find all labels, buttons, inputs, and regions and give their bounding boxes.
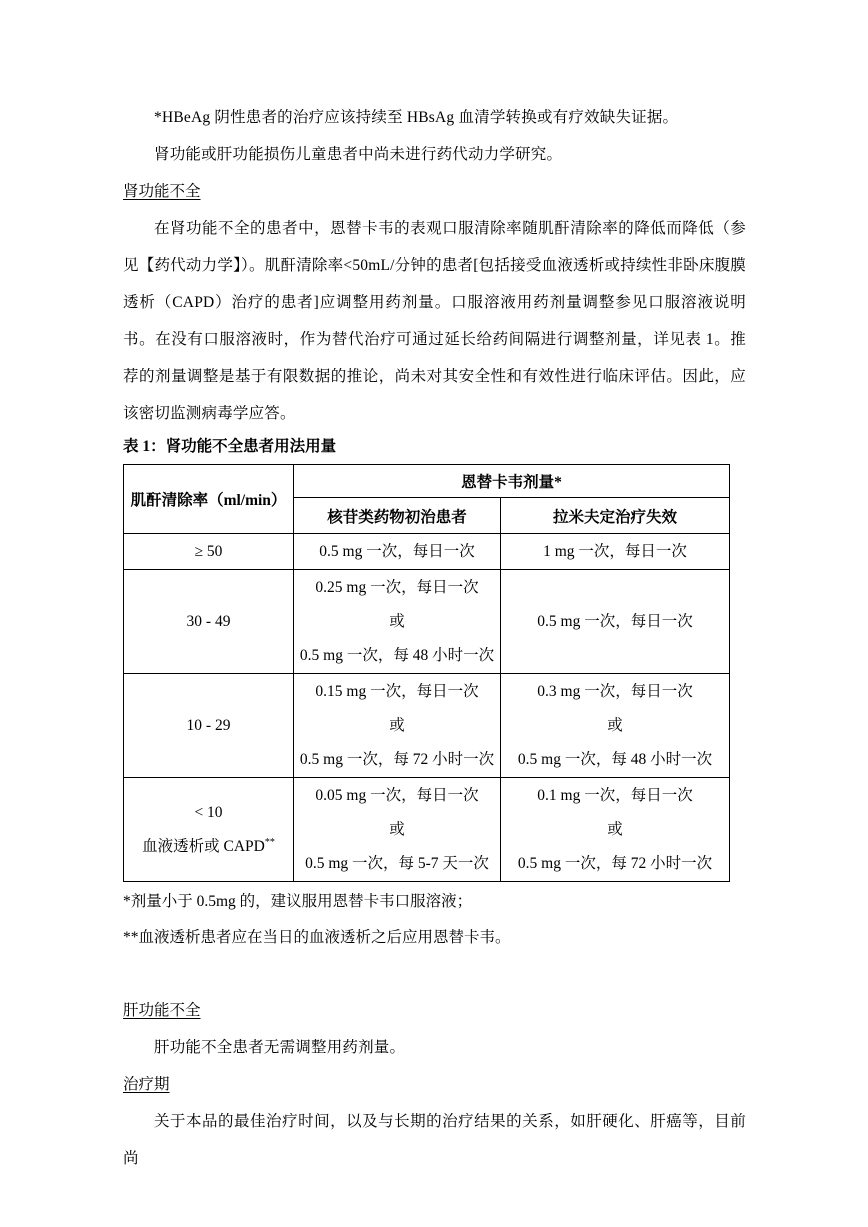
dosage-table-body: ≥ 500.5 mg 一次，每日一次1 mg 一次，每日一次30 - 490.2… — [124, 534, 730, 882]
creatinine-clearance-cell: ≥ 50 — [124, 534, 294, 570]
hepatic-impairment-heading-text: 肝功能不全 — [123, 1002, 201, 1019]
creatinine-clearance-cell: 10 - 29 — [124, 674, 294, 778]
entecavir-dose-span-header: 恩替卡韦剂量* — [294, 465, 730, 498]
lamivudine-dose-cell: 0.3 mg 一次，每日一次或0.5 mg 一次，每 48 小时一次 — [501, 674, 730, 778]
pediatric-note-paragraph: 肾功能或肝功能损伤儿童患者中尚未进行药代动力学研究。 — [123, 136, 746, 173]
table-footnotes: *剂量小于 0.5mg 的，建议服用恩替卡韦口服溶液；**血液透析患者应在当日的… — [123, 884, 746, 956]
table-row: < 10血液透析或 CAPD**0.05 mg 一次，每日一次或0.5 mg 一… — [124, 778, 730, 882]
lamivudine-failure-header: 拉米夫定治疗失效 — [501, 498, 730, 534]
naive-dose-cell: 0.15 mg 一次，每日一次或0.5 mg 一次，每 72 小时一次 — [294, 674, 501, 778]
hbeag-note-paragraph: *HBeAg 阴性患者的治疗应该持续至 HBsAg 血清学转换或有疗效缺失证据。 — [123, 99, 746, 136]
naive-dose-cell: 0.5 mg 一次，每日一次 — [294, 534, 501, 570]
table-row: ≥ 500.5 mg 一次，每日一次1 mg 一次，每日一次 — [124, 534, 730, 570]
hepatic-impairment-heading: 肝功能不全 — [123, 992, 746, 1029]
lamivudine-dose-cell: 1 mg 一次，每日一次 — [501, 534, 730, 570]
table-row: 30 - 490.25 mg 一次，每日一次或0.5 mg 一次，每 48 小时… — [124, 570, 730, 674]
document-content: *HBeAg 阴性患者的治疗应该持续至 HBsAg 血清学转换或有疗效缺失证据。… — [0, 0, 868, 1177]
table-footnote: **血液透析患者应在当日的血液透析之后应用恩替卡韦。 — [123, 920, 746, 956]
creatinine-clearance-cell: < 10血液透析或 CAPD** — [124, 778, 294, 882]
treatment-period-heading-text: 治疗期 — [123, 1076, 170, 1093]
table-footnote: *剂量小于 0.5mg 的，建议服用恩替卡韦口服溶液； — [123, 884, 746, 920]
renal-impairment-heading-text: 肾功能不全 — [123, 183, 201, 200]
renal-impairment-paragraph: 在肾功能不全的患者中，恩替卡韦的表观口服清除率随肌酐清除率的降低而降低（参见【药… — [123, 210, 746, 432]
table-row: 10 - 290.15 mg 一次，每日一次或0.5 mg 一次，每 72 小时… — [124, 674, 730, 778]
treatment-period-heading: 治疗期 — [123, 1066, 746, 1103]
hepatic-impairment-paragraph: 肝功能不全患者无需调整用药剂量。 — [123, 1029, 746, 1066]
spacer — [123, 956, 746, 992]
creatinine-clearance-cell: 30 - 49 — [124, 570, 294, 674]
naive-patients-header: 核苷类药物初治患者 — [294, 498, 501, 534]
table-1-title: 表 1：肾功能不全患者用法用量 — [123, 432, 746, 464]
renal-impairment-heading: 肾功能不全 — [123, 173, 746, 210]
treatment-period-paragraph: 关于本品的最佳治疗时间，以及与长期的治疗结果的关系，如肝硬化、肝癌等，目前尚 — [123, 1103, 746, 1177]
lamivudine-dose-cell: 0.1 mg 一次，每日一次或0.5 mg 一次，每 72 小时一次 — [501, 778, 730, 882]
table-header-row-span: 肌酐清除率（ml/min） 恩替卡韦剂量* — [124, 465, 730, 498]
naive-dose-cell: 0.05 mg 一次，每日一次或0.5 mg 一次，每 5-7 天一次 — [294, 778, 501, 882]
naive-dose-cell: 0.25 mg 一次，每日一次或0.5 mg 一次，每 48 小时一次 — [294, 570, 501, 674]
lamivudine-dose-cell: 0.5 mg 一次，每日一次 — [501, 570, 730, 674]
creatinine-clearance-header: 肌酐清除率（ml/min） — [124, 465, 294, 534]
document-page: *HBeAg 阴性患者的治疗应该持续至 HBsAg 血清学转换或有疗效缺失证据。… — [0, 0, 868, 1227]
renal-dosage-table: 肌酐清除率（ml/min） 恩替卡韦剂量* 核苷类药物初治患者 拉米夫定治疗失效… — [123, 464, 730, 882]
